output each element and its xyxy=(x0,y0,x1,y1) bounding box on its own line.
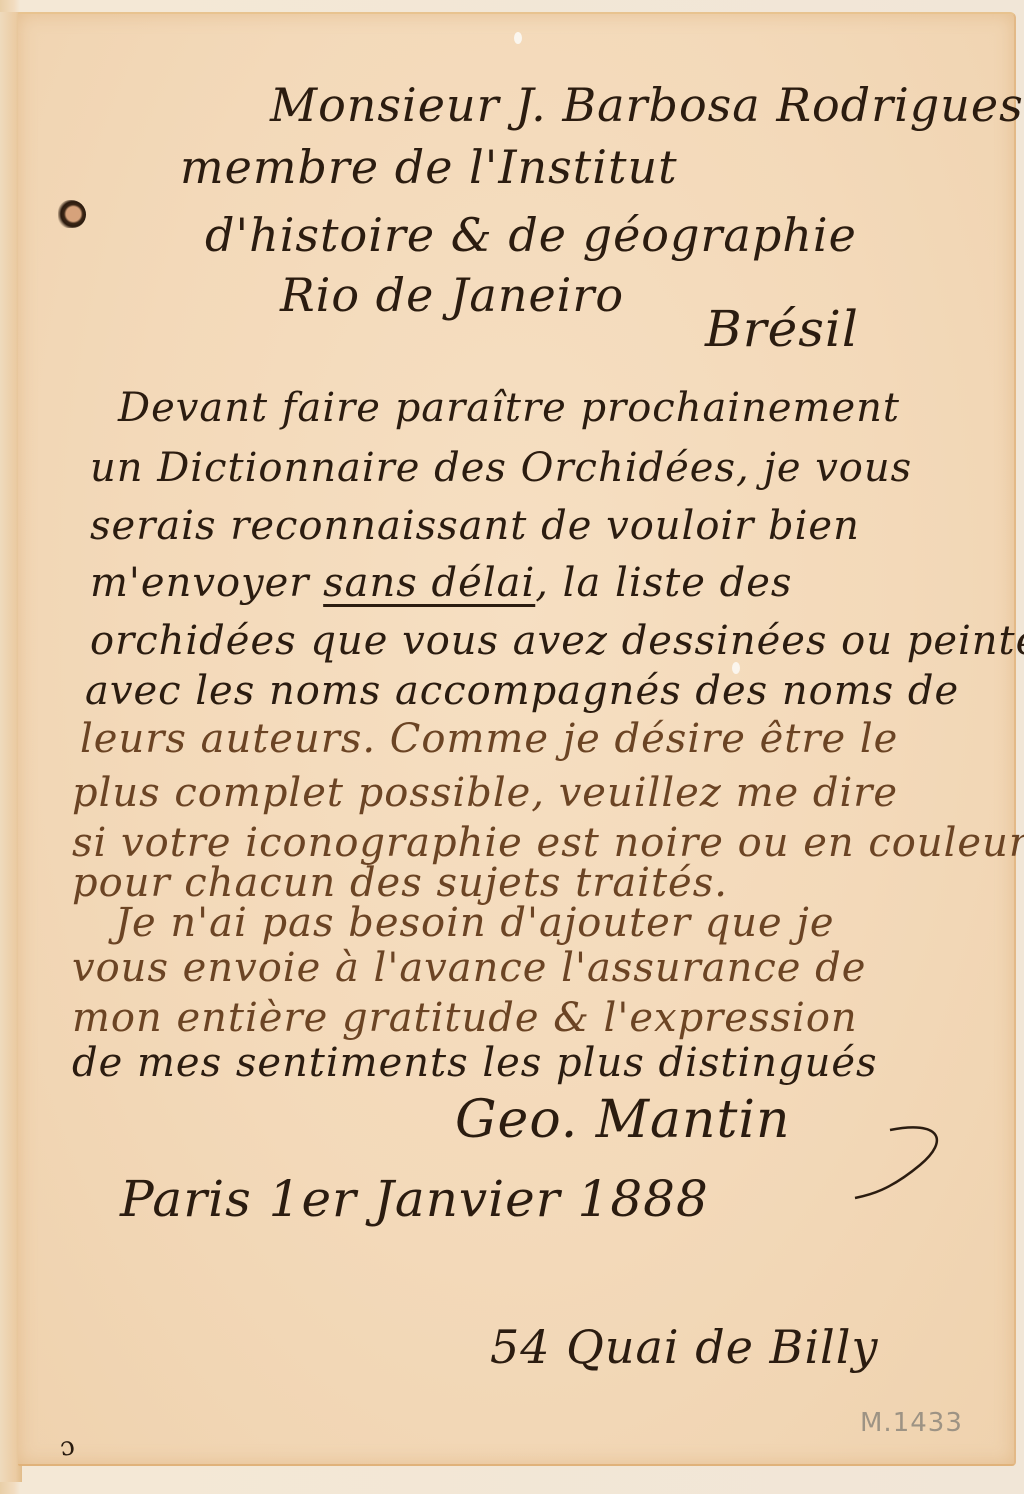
body-line-1: Devant faire paraître prochainement xyxy=(118,385,900,431)
body-line-8: plus complet possible, veuillez me dire xyxy=(72,770,898,816)
underlined-emphasis: sans délai xyxy=(323,560,535,606)
body-line-7: leurs auteurs. Comme je désire être le xyxy=(80,716,898,762)
body-text: m'envoyer xyxy=(90,560,309,606)
body-line-5: orchidées que vous avez dessinées ou pei… xyxy=(90,618,1024,664)
return-address: 54 Quai de Billy xyxy=(490,1320,878,1374)
burn-hole-mark xyxy=(58,200,86,228)
address-line-recipient: Monsieur J. Barbosa Rodrigues xyxy=(270,78,1024,132)
signature-flourish xyxy=(850,1110,960,1200)
body-line-11: Je n'ai pas besoin d'ajouter que je xyxy=(115,900,835,946)
signature: Geo. Mantin xyxy=(455,1090,791,1150)
body-line-6: avec les noms accompagnés des noms de xyxy=(85,668,959,714)
date-line: Paris 1er Janvier 1888 xyxy=(120,1170,709,1228)
address-line-city: Rio de Janeiro xyxy=(280,268,624,322)
body-line-13: mon entière gratitude & l'expression xyxy=(72,995,858,1041)
catalog-number: M.1433 xyxy=(860,1408,963,1438)
address-line-membership: membre de l'Institut xyxy=(180,140,678,194)
body-text: , la liste des xyxy=(535,560,792,606)
address-line-institute: d'histoire & de géographie xyxy=(205,208,857,262)
body-line-2: un Dictionnaire des Orchidées, je vous xyxy=(90,445,912,491)
address-line-country: Brésil xyxy=(705,300,859,358)
body-line-4: m'envoyer sans délai, la liste des xyxy=(90,560,792,606)
body-line-3: serais reconnaissant de vouloir bien xyxy=(90,503,860,549)
body-line-14: de mes sentiments les plus distingués xyxy=(72,1040,878,1086)
body-line-12: vous envoie à l'avance l'assurance de xyxy=(72,945,866,991)
pin-hole xyxy=(514,32,522,44)
